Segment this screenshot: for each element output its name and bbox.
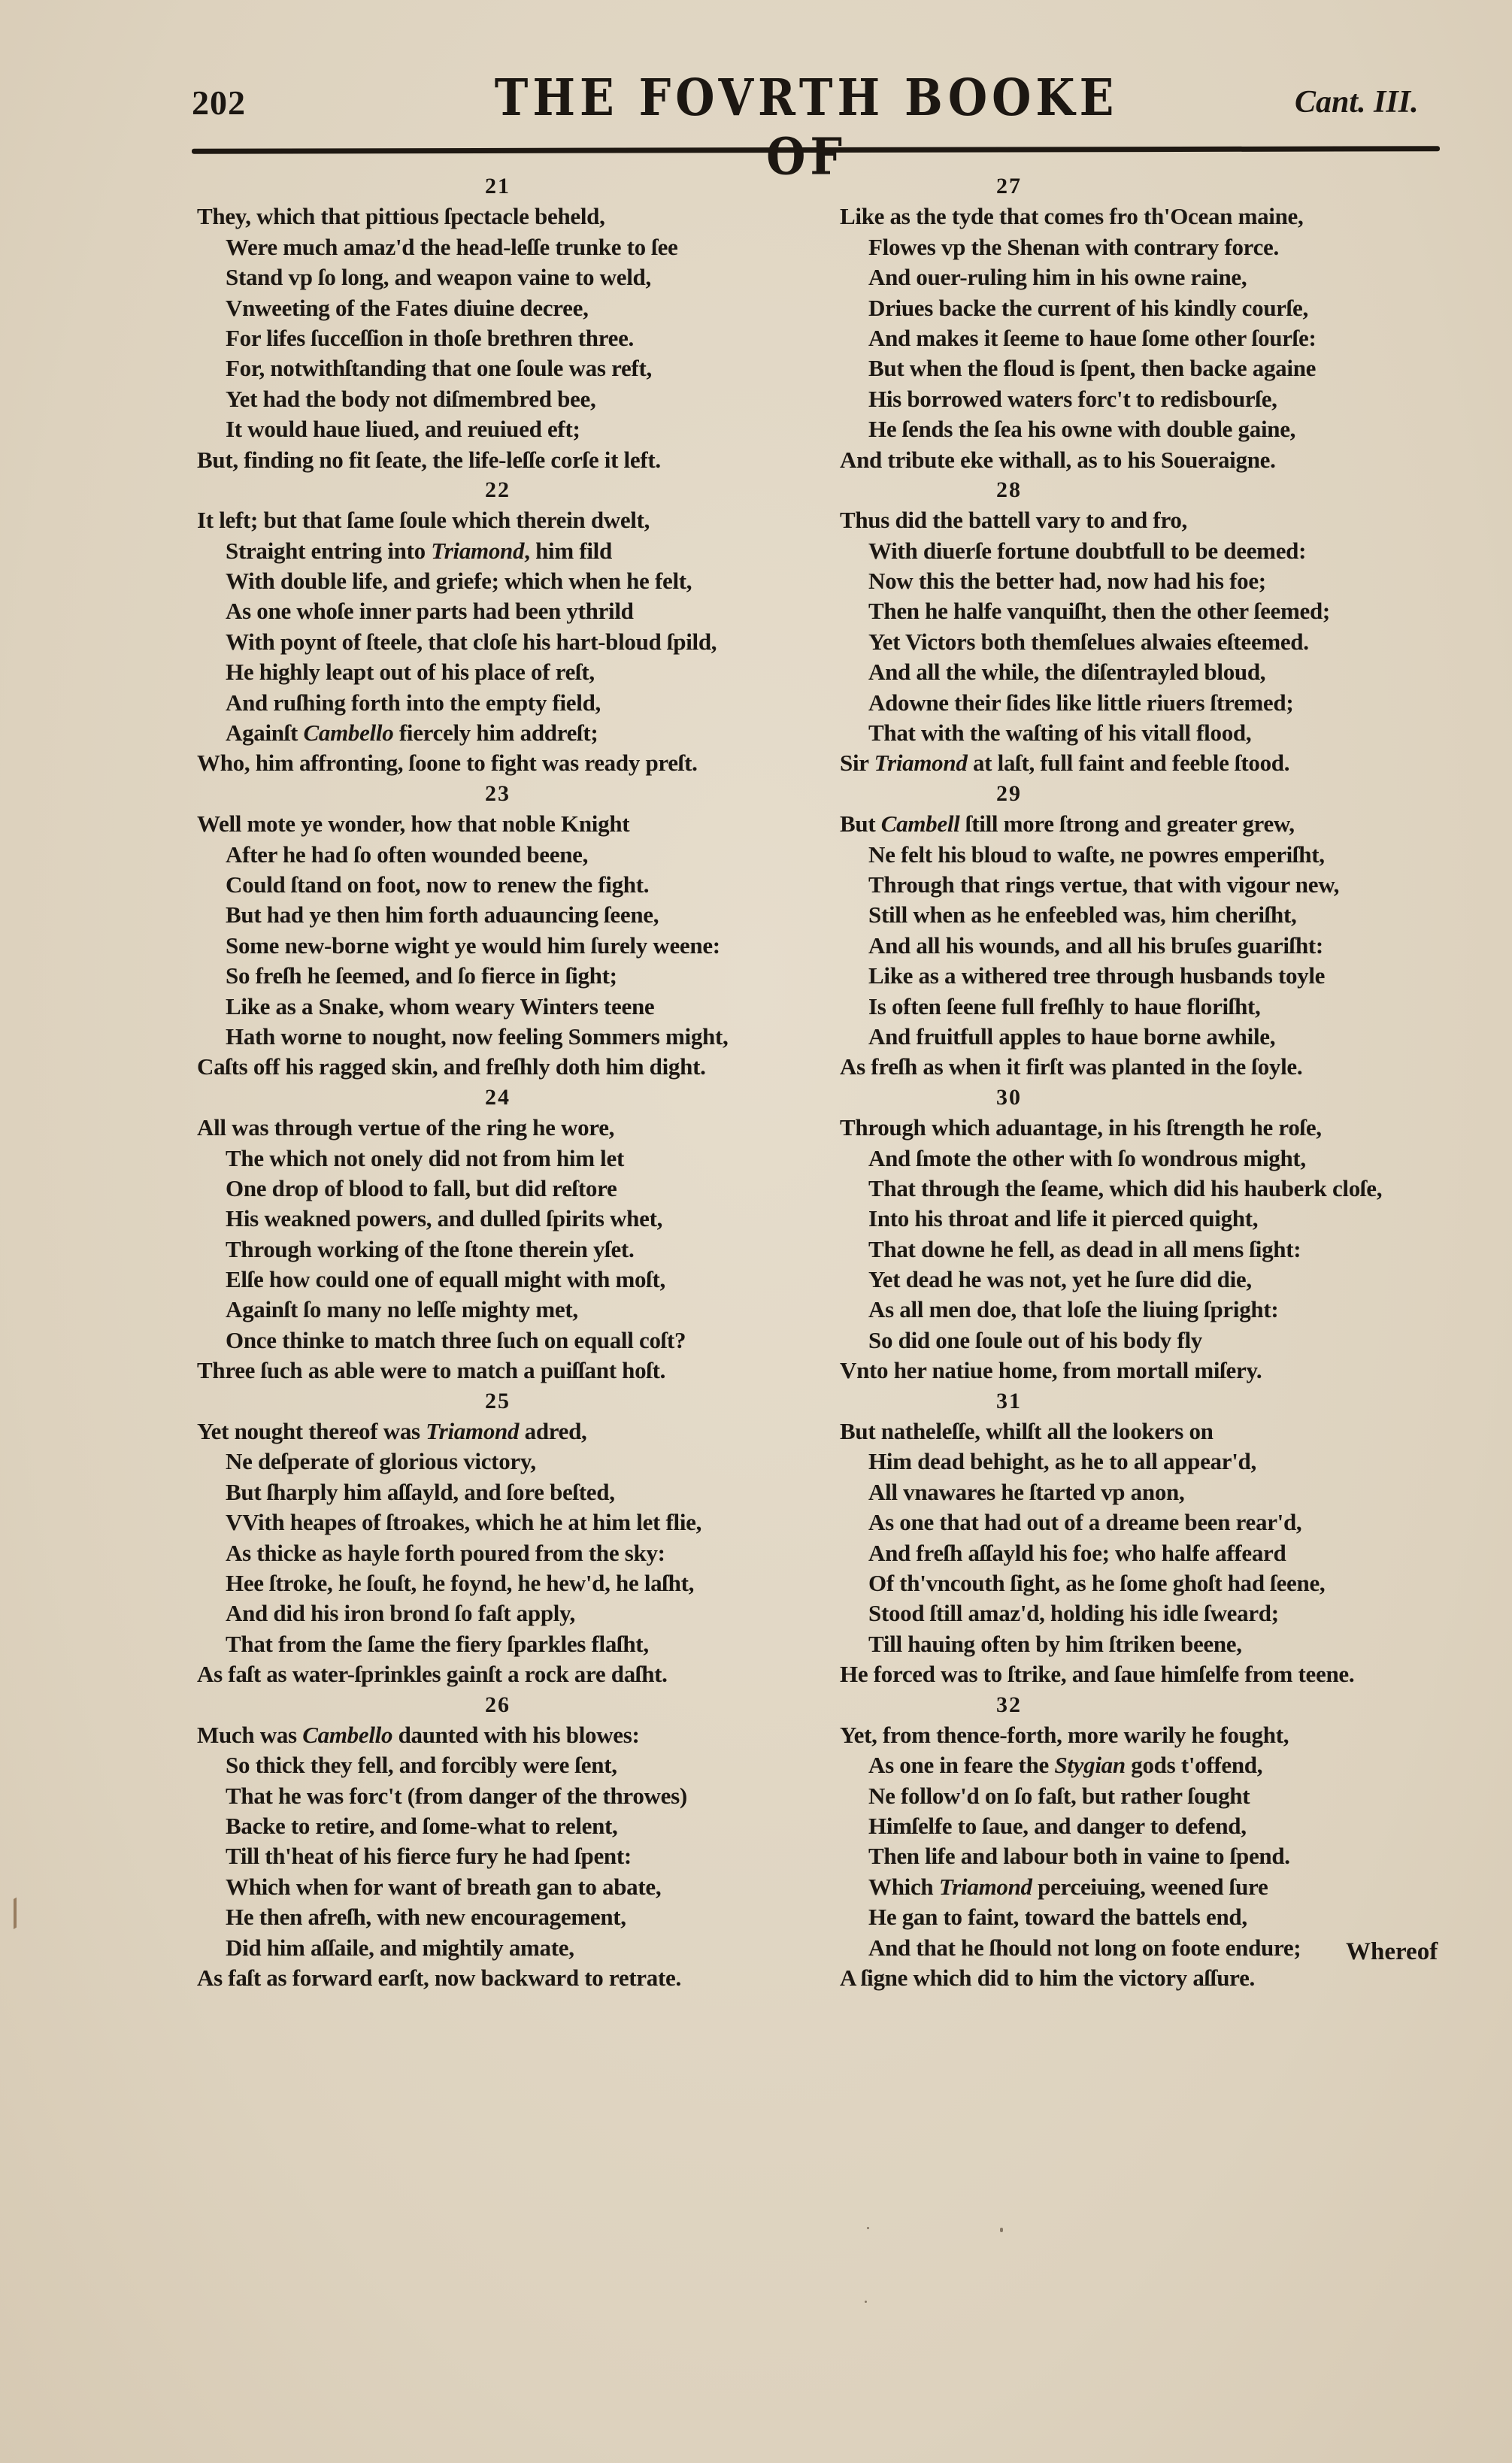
stanza-number: 26 [197, 1690, 798, 1720]
verse-line: Againſt Cambello fiercely him addreſt; [197, 718, 798, 748]
verse-line: Once thinke to match three ſuch on equal… [197, 1325, 798, 1356]
verse-line: Driues backe the current of his kindly c… [840, 293, 1456, 323]
verse-line: With double life, and griefe; which when… [197, 566, 798, 596]
verse-line: Adowne their ſides like little riuers ſt… [840, 688, 1456, 718]
stanza-number: 27 [840, 171, 1178, 201]
verse-line: They, which that pittious ſpectacle behe… [197, 201, 798, 232]
verse-line: As one in feare the Stygian gods t'offen… [840, 1750, 1456, 1780]
right-column: 27Like as the tyde that comes fro th'Oce… [840, 171, 1456, 1993]
verse-line: Straight entring into Triamond, him fild [197, 536, 798, 566]
verse-line: Yet, from thence-forth, more warily he f… [840, 1720, 1456, 1750]
verse-line: Of th'vncouth ſight, as he ſome ghoſt ha… [840, 1568, 1456, 1598]
verse-line: Like as a withered tree through husbands… [840, 961, 1456, 991]
verse-line: Till th'heat of his fierce fury he had ſ… [197, 1841, 798, 1871]
verse-line: That from the ſame the fiery ſparkles fl… [197, 1629, 798, 1659]
verse-line: Like as a Snake, whom weary Winters teen… [197, 992, 798, 1022]
stanza-number: 21 [197, 171, 798, 201]
catchword: Whereof [1346, 1938, 1438, 1966]
verse-line: With diuerſe fortune doubtfull to be dee… [840, 536, 1456, 566]
verse-line: Ne deſperate of glorious victory, [197, 1447, 798, 1477]
verse-line: Hath worne to nought, now feeling Sommer… [197, 1022, 798, 1052]
verse-line: As one that had out of a dreame been rea… [840, 1507, 1456, 1537]
verse-line: And tribute eke withall, as to his Souer… [840, 445, 1456, 475]
stanza: 31But natheleſſe, whilſt all the lookers… [840, 1386, 1456, 1690]
stanza: 30Through which aduantage, in his ſtreng… [840, 1083, 1456, 1386]
stanza-number: 28 [840, 475, 1178, 505]
stanza-number: 22 [197, 475, 798, 505]
verse-line: And all the while, the diſentrayled blou… [840, 657, 1456, 687]
verse-line: That with the waſting of his vitall floo… [840, 718, 1456, 748]
verse-line: He highly leapt out of his place of reſt… [197, 657, 798, 687]
stanza-number: 29 [840, 779, 1178, 809]
verse-line: All vnawares he ſtarted vp anon, [840, 1477, 1456, 1507]
verse-line: The which not onely did not from him let [197, 1144, 798, 1174]
verse-line: For, notwithſtanding that one ſoule was … [197, 353, 798, 383]
italic-name: Triamond [874, 750, 968, 776]
verse-line: Him dead behight, as he to all appear'd, [840, 1447, 1456, 1477]
stanza: 26Much was Cambello daunted with his blo… [197, 1690, 798, 1994]
verse-line: Some new-borne wight ye would him ſurely… [197, 931, 798, 961]
verse-line: But natheleſſe, whilſt all the lookers o… [840, 1416, 1456, 1447]
verse-line: But, finding no fit ſeate, the life-leſſ… [197, 445, 798, 475]
verse-line: Which when for want of breath gan to aba… [197, 1872, 798, 1902]
verse-line: Who, him affronting, ſoone to fight was … [197, 748, 798, 778]
verse-line: Could ſtand on foot, now to renew the fi… [197, 870, 798, 900]
verse-line: And freſh aſſayld his foe; who halfe aff… [840, 1538, 1456, 1568]
italic-name: Stygian [1054, 1752, 1125, 1778]
verse-line: Yet Victors both themſelues alwaies eſte… [840, 627, 1456, 657]
verse-line: Backe to retire, and ſome-what to relent… [197, 1811, 798, 1841]
verse-line: Thus did the battell vary to and fro, [840, 505, 1456, 535]
verse-line: But Cambell ſtill more ſtrong and greate… [840, 809, 1456, 839]
stanza: 23Well mote ye wonder, how that noble Kn… [197, 779, 798, 1083]
verse-line: Through which aduantage, in his ſtrength… [840, 1113, 1456, 1143]
verse-line: Yet had the body not diſmembred bee, [197, 384, 798, 414]
verse-line: Yet nought thereof was Triamond adred, [197, 1416, 798, 1447]
verse-line: Three ſuch as able were to match a puiſſ… [197, 1356, 798, 1386]
verse-line: He ſends the ſea his owne with double ga… [840, 414, 1456, 444]
paper-speck [867, 2227, 869, 2229]
stanza: 22It left; but that ſame ſoule which the… [197, 475, 798, 779]
verse-line: Well mote ye wonder, how that noble Knig… [197, 809, 798, 839]
italic-name: Cambello [302, 1722, 392, 1748]
verse-line: A ſigne which did to him the victory aſſ… [840, 1963, 1456, 1993]
left-column: 21They, which that pittious ſpectacle be… [197, 171, 798, 1993]
paper-speck [1000, 2228, 1003, 2232]
verse-line: Much was Cambello daunted with his blowe… [197, 1720, 798, 1750]
verse-line: It would haue liued, and reuiued eft; [197, 414, 798, 444]
italic-name: Triamond [431, 538, 524, 564]
verse-line: After he had ſo often wounded beene, [197, 840, 798, 870]
stanza: 25Yet nought thereof was Triamond adred,… [197, 1386, 798, 1690]
stanza-number: 31 [840, 1386, 1178, 1416]
verse-line: Flowes vp the Shenan with contrary force… [840, 232, 1456, 262]
verse-line: Which Triamond perceiuing, weened ſure [840, 1872, 1456, 1902]
verse-line: Elſe how could one of equall might with … [197, 1265, 798, 1295]
page-number: 202 [192, 83, 246, 123]
verse-line: And all his wounds, and all his bruſes g… [840, 931, 1456, 961]
verse-line: Sir Triamond at laſt, full faint and fee… [840, 748, 1456, 778]
verse-line: Into his throat and life it pierced quig… [840, 1204, 1456, 1234]
verse-line: Caſts off his ragged skin, and freſhly d… [197, 1052, 798, 1082]
verse-line: That he was forc't (from danger of the t… [197, 1781, 798, 1811]
verse-line: Againſt ſo many no leſſe mighty met, [197, 1295, 798, 1325]
verse-line: As all men doe, that loſe the liuing ſpr… [840, 1295, 1456, 1325]
verse-line: As freſh as when it firſt was planted in… [840, 1052, 1456, 1082]
verse-line: He then afreſh, with new encouragement, [197, 1902, 798, 1932]
italic-name: Triamond [939, 1874, 1032, 1900]
verse-line: So did one ſoule out of his body fly [840, 1325, 1456, 1356]
verse-line: But ſharply him aſſayld, and ſore beſted… [197, 1477, 798, 1507]
stanza-number: 24 [197, 1083, 798, 1113]
stanza: 28Thus did the battell vary to and fro,W… [840, 475, 1456, 779]
paper-speck [865, 2301, 867, 2303]
stanza: 21They, which that pittious ſpectacle be… [197, 171, 798, 475]
verse-line: Is often ſeene full freſhly to haue flor… [840, 992, 1456, 1022]
verse-line: All was through vertue of the ring he wo… [197, 1113, 798, 1143]
stanza-number: 23 [197, 779, 798, 809]
verse-line: Through working of the ſtone therein yſe… [197, 1235, 798, 1265]
verse-line: Like as the tyde that comes fro th'Ocean… [840, 201, 1456, 232]
verse-line: Yet dead he was not, yet he ſure did die… [840, 1265, 1456, 1295]
verse-line: Then he halfe vanquiſht, then the other … [840, 596, 1456, 626]
verse-line: Himſelfe to ſaue, and danger to defend, [840, 1811, 1456, 1841]
running-title: THE FOVRTH BOOKE OF [489, 69, 1124, 187]
verse-line: Through that rings vertue, that with vig… [840, 870, 1456, 900]
verse-line: Till hauing often by him ſtriken beene, [840, 1629, 1456, 1659]
verse-line: Did him aſſaile, and mightily amate, [197, 1933, 798, 1963]
verse-line: Then life and labour both in vaine to ſp… [840, 1841, 1456, 1871]
stanza-number: 32 [840, 1690, 1178, 1720]
verse-line: But when the floud is ſpent, then backe … [840, 353, 1456, 383]
stanza: 24All was through vertue of the ring he … [197, 1083, 798, 1386]
verse-line: And makes it ſeeme to haue ſome other ſo… [840, 323, 1456, 353]
verse-line: He forced was to ſtrike, and ſaue himſel… [840, 1659, 1456, 1689]
italic-name: Triamond [426, 1418, 519, 1444]
verse-line: For lifes ſucceſſion in thoſe brethren t… [197, 323, 798, 353]
verse-line: Ne felt his bloud to waſte, ne powres em… [840, 840, 1456, 870]
verse-line: Still when as he enfeebled was, him cher… [840, 900, 1456, 930]
italic-name: Cambell [881, 810, 960, 837]
italic-name: Cambello [304, 720, 394, 746]
verse-line: And did his iron brond ſo faſt apply, [197, 1598, 798, 1628]
page-header: 202 THE FOVRTH BOOKE OF Cant. III. [0, 0, 1512, 158]
verse-line: Vnweeting of the Fates diuine decree, [197, 293, 798, 323]
verse-line: So thick they fell, and forcibly were ſe… [197, 1750, 798, 1780]
verse-line: As faſt as forward earſt, now backward t… [197, 1963, 798, 1993]
verse-line: Vnto her natiue home, from mortall miſer… [840, 1356, 1456, 1386]
verse-line: It left; but that ſame ſoule which there… [197, 505, 798, 535]
verse-line: Stood ſtill amaz'd, holding his idle ſwe… [840, 1598, 1456, 1628]
verse-line: With poynt of ſteele, that cloſe his har… [197, 627, 798, 657]
verse-line: As faſt as water-ſprinkles gainſt a rock… [197, 1659, 798, 1689]
verse-line: As one whoſe inner parts had been ythril… [197, 596, 798, 626]
verse-line: So freſh he ſeemed, and ſo fierce in ſig… [197, 961, 798, 991]
verse-line: He gan to faint, toward the battels end, [840, 1902, 1456, 1932]
verse-line: One drop of blood to fall, but did reſto… [197, 1174, 798, 1204]
stanza-number: 30 [840, 1083, 1178, 1113]
verse-line: Ne follow'd on ſo faſt, but rather ſough… [840, 1781, 1456, 1811]
stanza: 29But Cambell ſtill more ſtrong and grea… [840, 779, 1456, 1083]
verse-line: As thicke as hayle forth poured from the… [197, 1538, 798, 1568]
verse-line: That through the ſeame, which did his ha… [840, 1174, 1456, 1204]
verse-line: That downe he fell, as dead in all mens … [840, 1235, 1456, 1265]
verse-line: And fruitfull apples to haue borne awhil… [840, 1022, 1456, 1052]
canto-label: Cant. III. [1295, 84, 1419, 120]
verse-line: And ſmote the other with ſo wondrous mig… [840, 1144, 1456, 1174]
verse-line: But had ye then him forth aduauncing ſee… [197, 900, 798, 930]
stanza-number: 25 [197, 1386, 798, 1416]
verse-line: His weakned powers, and dulled ſpirits w… [197, 1204, 798, 1234]
verse-line: Hee ſtroke, he ſouſt, he foynd, he hew'd… [197, 1568, 798, 1598]
verse-line: His borrowed waters forc't to redisbourſ… [840, 384, 1456, 414]
verse-line: And ouer-ruling him in his owne raine, [840, 262, 1456, 292]
verse-line: Were much amaz'd the head-leſſe trunke t… [197, 232, 798, 262]
verse-line: Stand vp ſo long, and weapon vaine to we… [197, 262, 798, 292]
page-edge-mark [0, 1898, 17, 1937]
verse-line: VVith heapes of ſtroakes, which he at hi… [197, 1507, 798, 1537]
stanza: 27Like as the tyde that comes fro th'Oce… [840, 171, 1456, 475]
verse-line: And ruſhing forth into the empty field, [197, 688, 798, 718]
verse-line: Now this the better had, now had his foe… [840, 566, 1456, 596]
